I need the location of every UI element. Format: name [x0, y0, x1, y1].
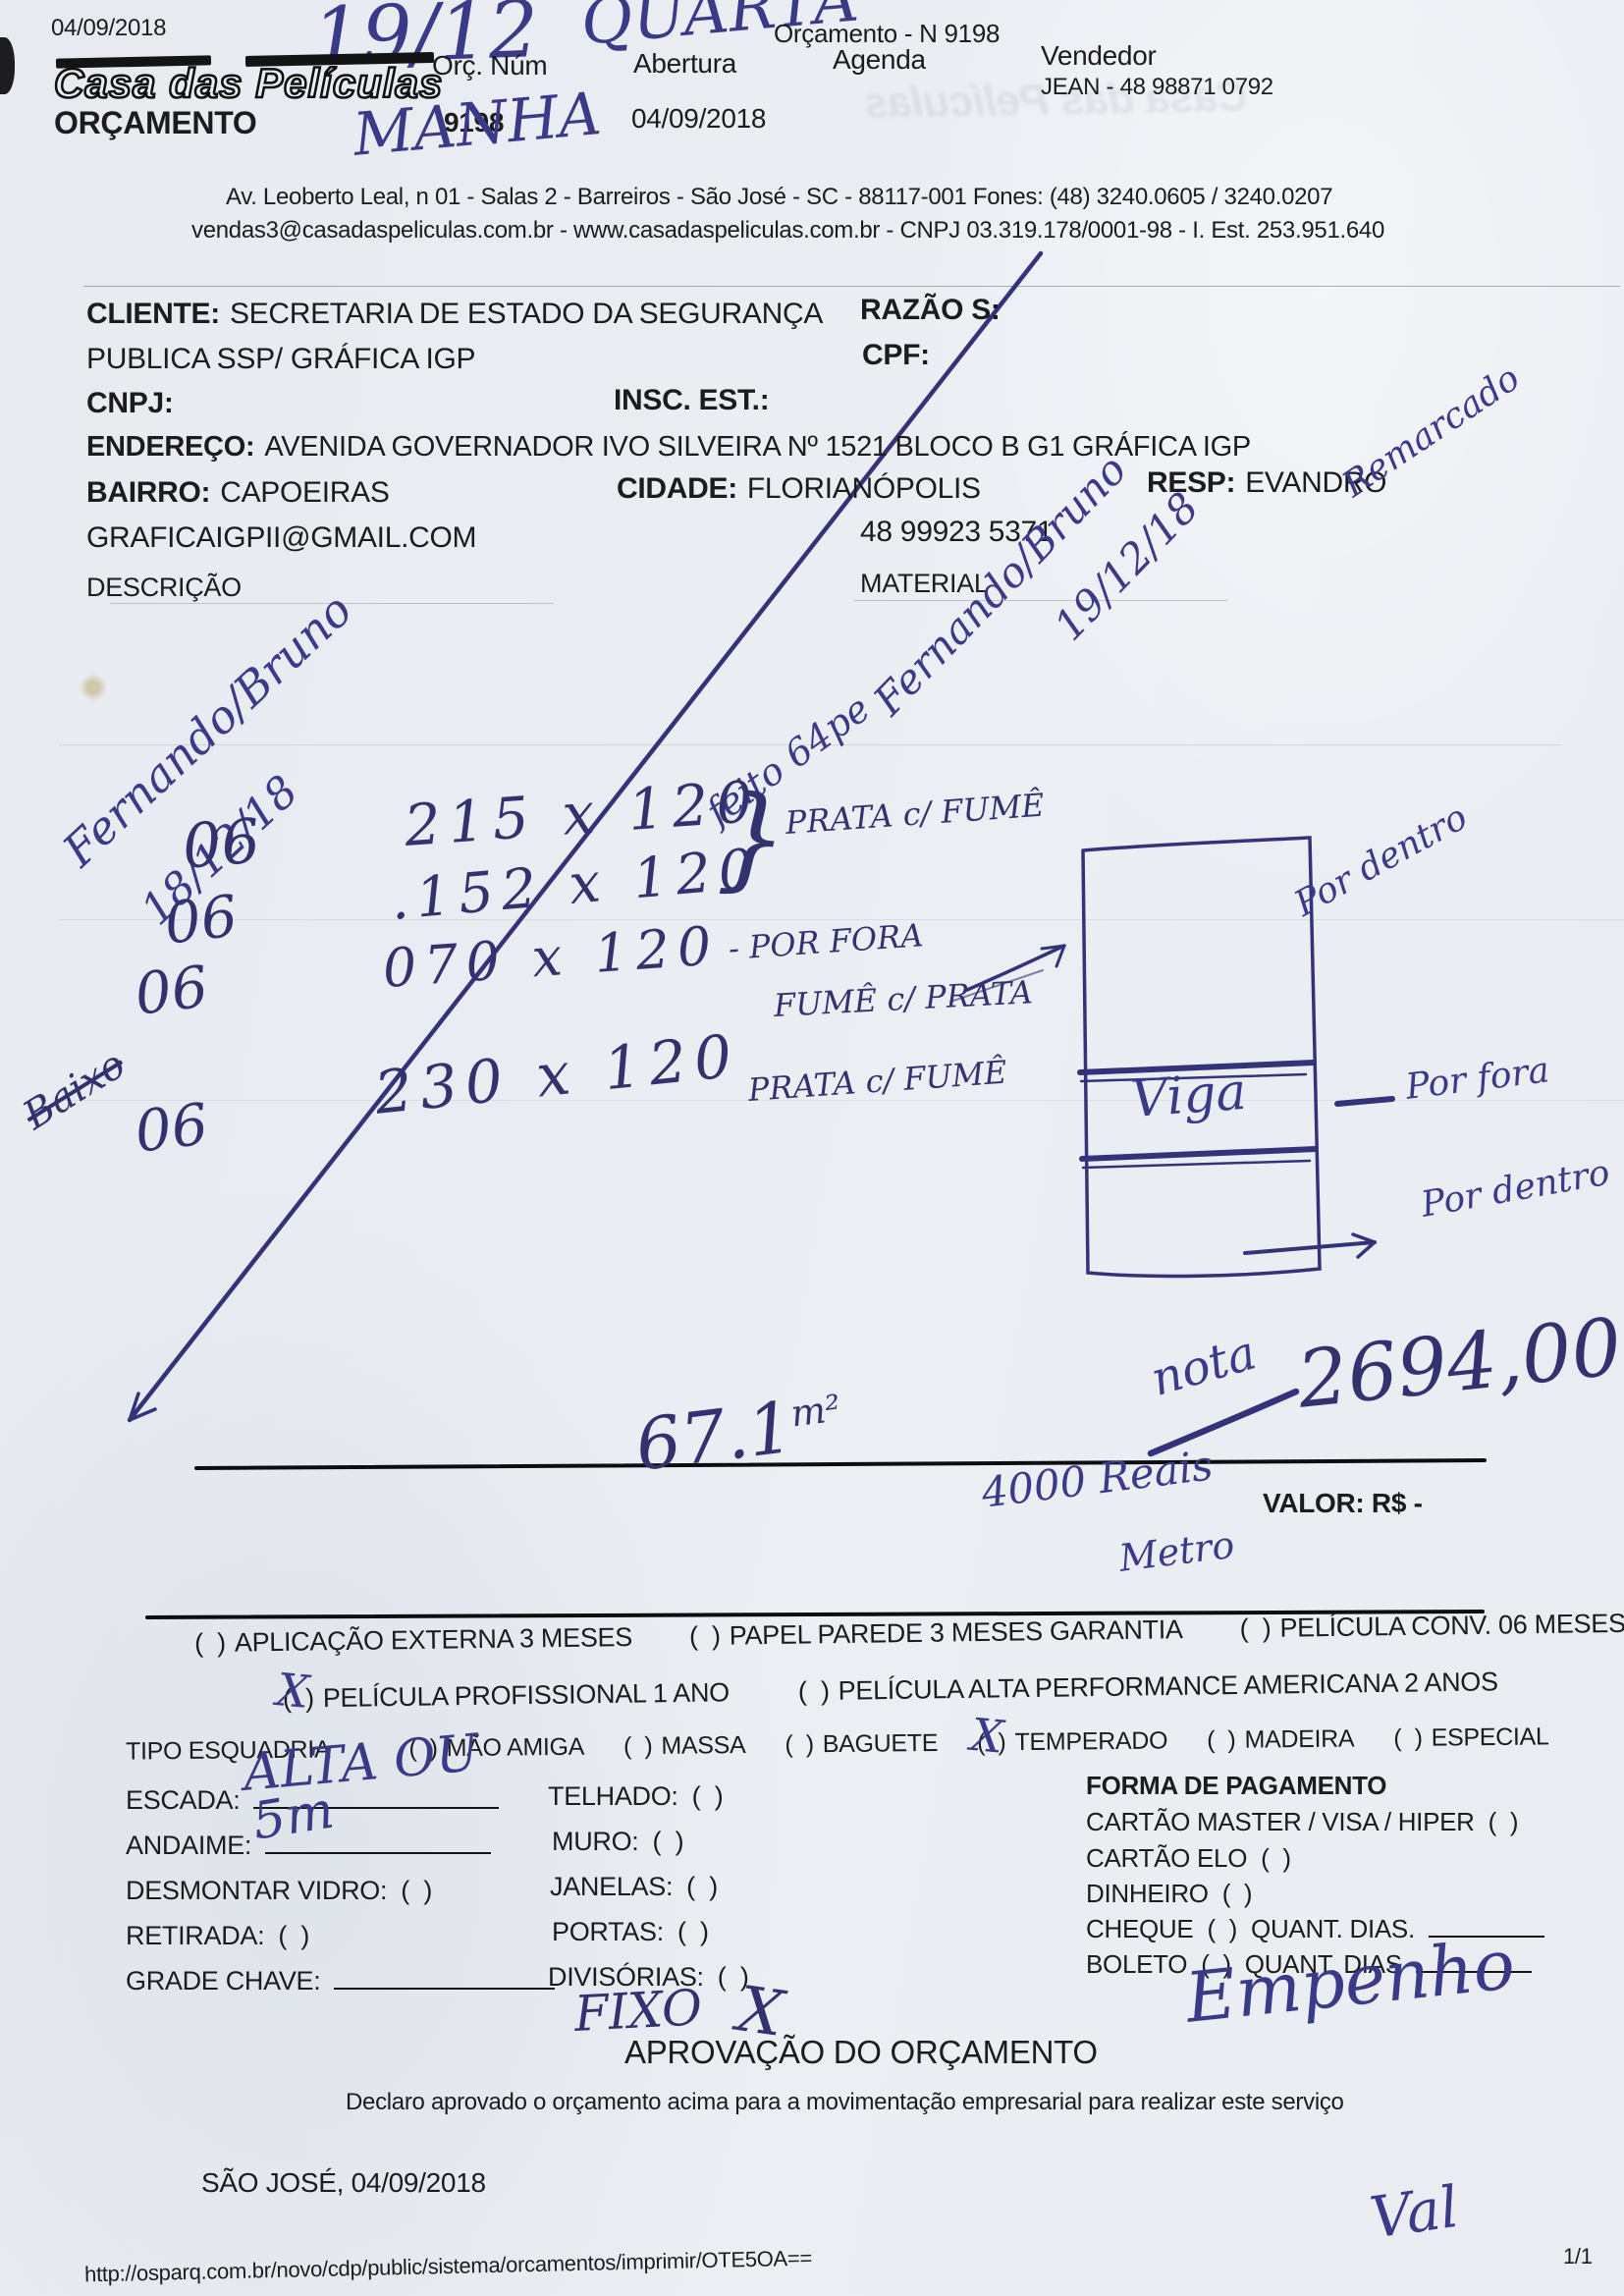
option-pelicula-alta-performance: ( )PELÍCULA ALTA PERFORMANCE AMERICANA 2…	[798, 1667, 1498, 1707]
option-label: TEMPERADO	[1014, 1726, 1167, 1757]
option-pelicula-profissional: ( )XPELÍCULA PROFISSIONAL 1 ANO	[283, 1677, 730, 1714]
diagram-arrow-mid-label: Por fora	[1404, 1053, 1551, 1106]
field-label: GRADE CHAVE:	[126, 1966, 320, 1996]
option-label: BAGUETE	[823, 1729, 939, 1759]
item-qty: 06	[161, 887, 240, 953]
footer-url: http://osparq.com.br/novo/cdp/public/sis…	[84, 2247, 812, 2287]
handwritten-x-mark: X	[275, 1667, 310, 1715]
option-label: APLICAÇÃO EXTERNA 3 MESES	[235, 1622, 633, 1659]
checkbox-parens: ( )	[653, 1827, 684, 1857]
client-email: GRAFICAIGPII@GMAIL.COM	[86, 522, 476, 554]
checkbox-parens: ( )	[686, 1872, 718, 1902]
handwritten-x-mark: X	[969, 1712, 1005, 1760]
field-label: JANELAS:	[550, 1872, 673, 1902]
field-retirada: RETIRADA:( )	[126, 1921, 309, 1951]
vendedor-value: JEAN - 48 98871 0792	[1041, 75, 1273, 100]
payment-dinheiro: DINHEIRO( )	[1086, 1879, 1252, 1909]
payment-label: BOLETO	[1086, 1949, 1187, 1980]
cidade-label: CIDADE:	[617, 472, 737, 505]
handwritten-val: Val	[1367, 2178, 1462, 2247]
checkbox-parens: ( )	[677, 1917, 709, 1947]
orc-num-label: Orç. Núm	[432, 51, 547, 81]
option-label: MADEIRA	[1244, 1724, 1354, 1754]
cliente-value: SECRETARIA DE ESTADO DA SEGURANÇA	[230, 298, 823, 330]
option-label: ESPECIAL	[1431, 1722, 1548, 1752]
checkbox-parens: ( )	[401, 1876, 432, 1906]
item-size: 070 x 120	[381, 919, 721, 996]
option-label: PELÍCULA PROFISSIONAL 1 ANO	[323, 1677, 730, 1714]
endereco-label: ENDEREÇO:	[86, 431, 254, 463]
area-value: 67.1	[631, 1386, 797, 1487]
option-massa: ( )MASSA	[623, 1731, 746, 1761]
abertura-label: Abertura	[633, 49, 736, 79]
item-qty: 06	[132, 957, 210, 1023]
scanned-document-page: 04/09/2018 19/12 QUARTA Orçamento - N 91…	[0, 0, 1624, 2296]
diagram-arrow-top-label: Por dentro	[1289, 799, 1473, 923]
option-label: PELÍCULA CONV. 06 MESES	[1279, 1609, 1624, 1644]
payment-title: FORMA DE PAGAMENTO	[1086, 1772, 1386, 1799]
handwritten-corner-note: Remarcado	[1337, 360, 1526, 504]
area-unit: m²	[788, 1387, 842, 1436]
checkbox-parens: ( )	[1222, 1879, 1253, 1909]
payment-label: DINHEIRO	[1086, 1879, 1209, 1909]
total-rule-line	[194, 1458, 1487, 1470]
handwritten-price-unit: Metro	[1117, 1526, 1236, 1577]
endereco-line: ENDEREÇO:AVENIDA GOVERNADOR IVO SILVEIRA…	[86, 432, 1251, 463]
option-especial: ( )ESPECIAL	[1393, 1722, 1549, 1753]
city-date: SÃO JOSÉ, 04/09/2018	[201, 2168, 486, 2198]
valor-label: VALOR: R$ -	[1263, 1489, 1423, 1518]
checkbox-parens: ( )	[194, 1628, 226, 1659]
item-qty: 06	[180, 810, 262, 878]
cliente-line: CLIENTE:SECRETARIA DE ESTADO DA SEGURANÇ…	[86, 299, 823, 330]
handwritten-empenho: Empenho	[1182, 1930, 1518, 2033]
diagram-arrow-bottom-label: Por dentro	[1419, 1156, 1612, 1224]
checkbox-parens: ( )	[278, 1921, 309, 1951]
item-size: 230 x 120	[372, 1026, 742, 1123]
checkbox-parens: ( )	[623, 1732, 653, 1761]
cliente-value-line2: PUBLICA SSP/ GRÁFICA IGP	[86, 344, 475, 375]
payment-cartao-master: CARTÃO MASTER / VISA / HIPER( )	[1086, 1807, 1518, 1837]
field-portas: PORTAS:( )	[552, 1917, 709, 1947]
options-row-2: ( )XPELÍCULA PROFISSIONAL 1 ANO ( )PELÍC…	[283, 1667, 1498, 1714]
item-desc: PRATA c/ FUMÊ	[747, 1057, 1008, 1106]
vendedor-label: Vendedor	[1041, 41, 1157, 71]
checkbox-parens: ( )X	[977, 1728, 1006, 1757]
option-papel-parede: ( )PAPEL PAREDE 3 MESES GARANTIA	[689, 1614, 1183, 1652]
payment-label: CARTÃO ELO	[1086, 1843, 1247, 1874]
checkbox-parens: ( )	[1239, 1613, 1271, 1644]
bairro-line: BAIRRO:CAPOEIRAS	[86, 477, 390, 509]
item-desc: - POR FORA	[728, 919, 924, 964]
field-grade-chave: GRADE CHAVE:	[126, 1966, 555, 1996]
field-label: RETIRADA:	[126, 1921, 264, 1951]
cpf-label: CPF:	[862, 340, 930, 371]
option-madeira: ( )MADEIRA	[1207, 1724, 1354, 1755]
field-label: TELHADO:	[548, 1781, 678, 1812]
insc-est-label: INSC. EST.:	[614, 385, 769, 416]
item-desc-line2: FUMÊ c/ PRATA	[773, 976, 1033, 1021]
handwritten-total-amount: 2694,00	[1294, 1308, 1624, 1420]
descricao-label: DESCRIÇÃO	[86, 574, 242, 602]
checkbox-parens: ( )	[1489, 1807, 1519, 1837]
company-address-line1: Av. Leoberto Leal, n 01 - Salas 2 - Barr…	[226, 185, 1332, 210]
field-telhado: TELHADO:( )	[548, 1781, 723, 1812]
option-temperado: ( )XTEMPERADO	[977, 1726, 1167, 1757]
scan-date: 04/09/2018	[51, 16, 166, 41]
agenda-label: Agenda	[833, 45, 926, 75]
field-muro: MURO:( )	[552, 1827, 683, 1857]
approval-title: APROVAÇÃO DO ORÇAMENTO	[624, 2035, 1098, 2070]
handwritten-price: 4000 Reais	[979, 1445, 1215, 1514]
bairro-value: CAPOEIRAS	[220, 476, 389, 509]
field-label: DESMONTAR VIDRO:	[126, 1876, 387, 1906]
option-label: PELÍCULA ALTA PERFORMANCE AMERICANA 2 AN…	[838, 1667, 1497, 1706]
field-label: ESCADA:	[126, 1785, 240, 1816]
handwritten-andaime-value: 5m	[249, 1784, 338, 1847]
resp-label: RESP:	[1147, 466, 1235, 499]
bairro-label: BAIRRO:	[86, 476, 210, 509]
abertura-value: 04/09/2018	[631, 104, 766, 134]
diagram-viga-label: Viga	[1129, 1066, 1248, 1125]
checkbox-parens: ( )	[1393, 1724, 1423, 1753]
razao-label: RAZÃO S:	[860, 295, 1001, 326]
order-reference: Orçamento - N 9198	[774, 20, 1000, 47]
cnpj-label: CNPJ:	[86, 388, 174, 419]
payment-cartao-elo: CARTÃO ELO( )	[1086, 1843, 1291, 1874]
checkbox-parens: ( )	[1207, 1914, 1237, 1944]
checkbox-parens: ( )	[1207, 1726, 1236, 1755]
handwritten-fixo: FIXO	[573, 1983, 704, 2039]
checkbox-parens: ( )	[692, 1781, 724, 1812]
checkbox-parens: ( )	[785, 1730, 814, 1759]
item-desc: PRATA c/ FUMÊ	[785, 790, 1046, 839]
option-baguete: ( )BAGUETE	[785, 1729, 938, 1760]
payment-label: CARTÃO MASTER / VISA / HIPER	[1086, 1807, 1475, 1837]
field-desmontar-vidro: DESMONTAR VIDRO:( )	[126, 1876, 432, 1906]
item-qty: 06	[132, 1095, 210, 1161]
option-label: PAPEL PAREDE 3 MESES GARANTIA	[730, 1614, 1183, 1651]
payment-label: CHEQUE	[1086, 1914, 1193, 1944]
field-label: PORTAS:	[552, 1917, 664, 1947]
field-label: ANDAIME:	[126, 1831, 251, 1861]
checkbox-parens: ( )	[1261, 1843, 1291, 1874]
scan-artifact	[0, 37, 15, 94]
checkbox-parens: ( )	[689, 1621, 721, 1652]
option-pelicula-conv: ( )PELÍCULA CONV. 06 MESES	[1239, 1609, 1624, 1644]
field-label: MURO:	[552, 1827, 639, 1857]
cidade-value: FLORIANÓPOLIS	[747, 472, 981, 505]
item-margin-note: Baixo	[17, 1044, 132, 1136]
company-address-line2: vendas3@casadaspeliculas.com.br - www.ca…	[191, 218, 1384, 244]
ruled-line	[59, 919, 1624, 920]
option-label: MASSA	[661, 1731, 745, 1761]
fill-line	[334, 1974, 555, 1990]
cidade-line: CIDADE:FLORIANÓPOLIS	[617, 473, 981, 505]
checkbox-parens: ( )	[798, 1676, 830, 1707]
option-aplicacao-externa: ( )APLICAÇÃO EXTERNA 3 MESES	[194, 1622, 632, 1659]
doc-title: ORÇAMENTO	[54, 106, 257, 140]
handwritten-nota: nota	[1146, 1329, 1261, 1403]
declaration-text: Declaro aprovado o orçamento acima para …	[346, 2090, 1344, 2115]
cliente-label: CLIENTE:	[86, 298, 220, 330]
ruled-line	[854, 600, 1227, 601]
field-janelas: JANELAS:( )	[550, 1872, 718, 1902]
checkbox-parens: ( )X	[283, 1683, 314, 1714]
section-divider-line	[83, 286, 1620, 287]
page-indicator: 1/1	[1563, 2245, 1593, 2269]
